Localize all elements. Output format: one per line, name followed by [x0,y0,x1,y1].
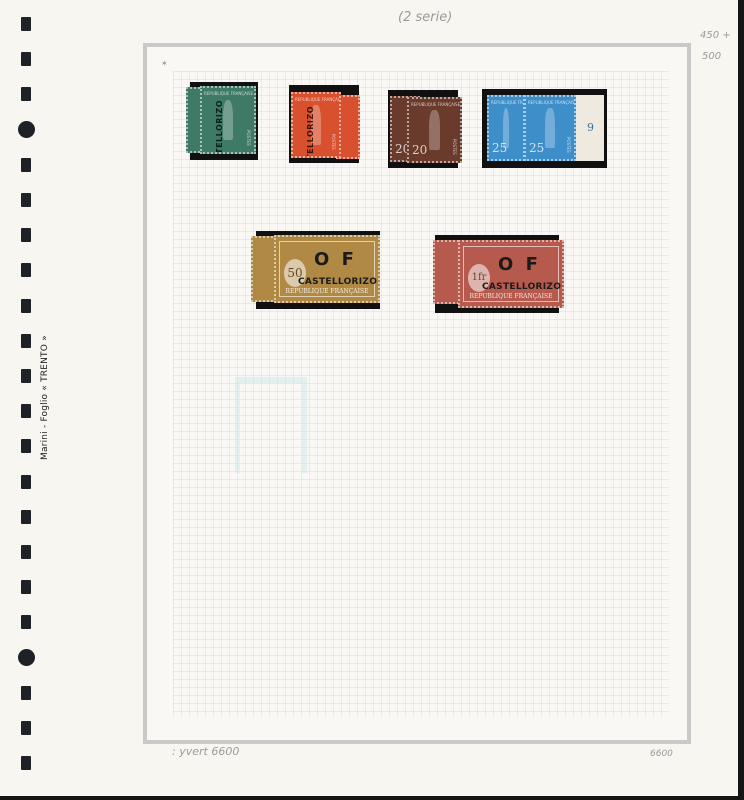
page-edge-right [738,0,744,800]
sower-figure [223,100,233,141]
binder-hole [21,87,31,101]
overprint-text: O F CASTELLORIZO [297,106,315,158]
stamp-green-right[interactable]: REPUBLIQUE FRANÇAISE O F CASTELLORIZO PO… [200,86,256,154]
stamp-blue-left[interactable]: REPUBLIQUE FRANÇAISE 25 [487,95,525,161]
spine-label: Marini - Foglio « TRENTO » [40,335,50,460]
overprint-castellorizo: CASTELLORIZO [298,277,377,287]
binder-hole [18,121,35,138]
stamp-merson-50-right[interactable]: 50 O F CASTELLORIZO REPUBLIQUE FRANÇAISE [274,235,380,303]
stamp-header: REPUBLIQUE FRANÇAISE [491,100,521,105]
binder-hole [21,475,31,489]
annotation-series: (2 serie) [398,10,452,25]
stamp-value: 25 [492,141,507,155]
binder-hole [21,193,31,207]
stamp-value: 20 [412,143,427,157]
page-edge-bottom [0,796,744,800]
stamp-footer: REPUBLIQUE FRANÇAISE [282,288,372,295]
binder-hole [21,756,31,770]
binder-hole [21,369,31,383]
stamp-side-text: POSTES [452,139,457,155]
binder-hole [21,510,31,524]
annotation-catalog: : yvert 6600 [172,745,239,758]
binder-hole [21,158,31,172]
binder-hole [21,439,31,453]
asterisk-mark: ✶ [161,59,168,68]
faded-mount-outline [235,377,307,473]
stamp-header: REPUBLIQUE FRANÇAISE [204,91,252,96]
annotation-price-2: 500 [702,51,721,62]
binder-hole [21,545,31,559]
overprint-of: O F [314,249,357,270]
stamp-footer: REPUBLIQUE FRANÇAISE [466,293,556,300]
binder-hole [21,52,31,66]
stamp-merson-1fr-right[interactable]: 1fr O F CASTELLORIZO REPUBLIQUE FRANÇAIS… [458,240,564,308]
stamp-side-text: POSTES [331,134,336,150]
overprint-of: O F [498,254,541,275]
binder-hole [21,686,31,700]
binder-hole [21,263,31,277]
stamp-red-left[interactable]: REPUBLIQUE FRANÇAISE O F CASTELLORIZO PO… [291,92,341,158]
binder-hole [21,228,31,242]
sheet-margin: 9 [576,95,604,161]
stamp-blue-right[interactable]: REPUBLIQUE FRANÇAISE 25 POSTES [524,95,576,161]
binder-hole [21,615,31,629]
binder-hole [21,17,31,31]
stamp-side-text: POSTES [246,130,251,146]
overprint-text: O F CASTELLORIZO [206,100,224,154]
binder-hole [21,580,31,594]
binder-hole [21,299,31,313]
stamp-header: REPUBLIQUE FRANÇAISE [411,102,458,107]
sheet-margin-number: 9 [587,121,594,134]
stamp-header: REPUBLIQUE FRANÇAISE [295,97,337,102]
sower-figure [545,108,555,148]
sower-figure [429,110,439,150]
annotation-total: 6600 [650,749,673,759]
stamp-value: 25 [529,141,544,155]
binder-hole [21,404,31,418]
stamp-brown-right[interactable]: REPUBLIQUE FRANÇAISE 20 POSTES [407,97,462,163]
annotation-price-1: 450 + [700,30,731,41]
binder-hole [21,721,31,735]
overprint-castellorizo: CASTELLORIZO [482,282,561,292]
stamp-header: REPUBLIQUE FRANÇAISE [528,100,572,105]
stamp-side-text: POSTES [566,137,571,153]
binder-hole [18,649,35,666]
binder-hole [21,334,31,348]
